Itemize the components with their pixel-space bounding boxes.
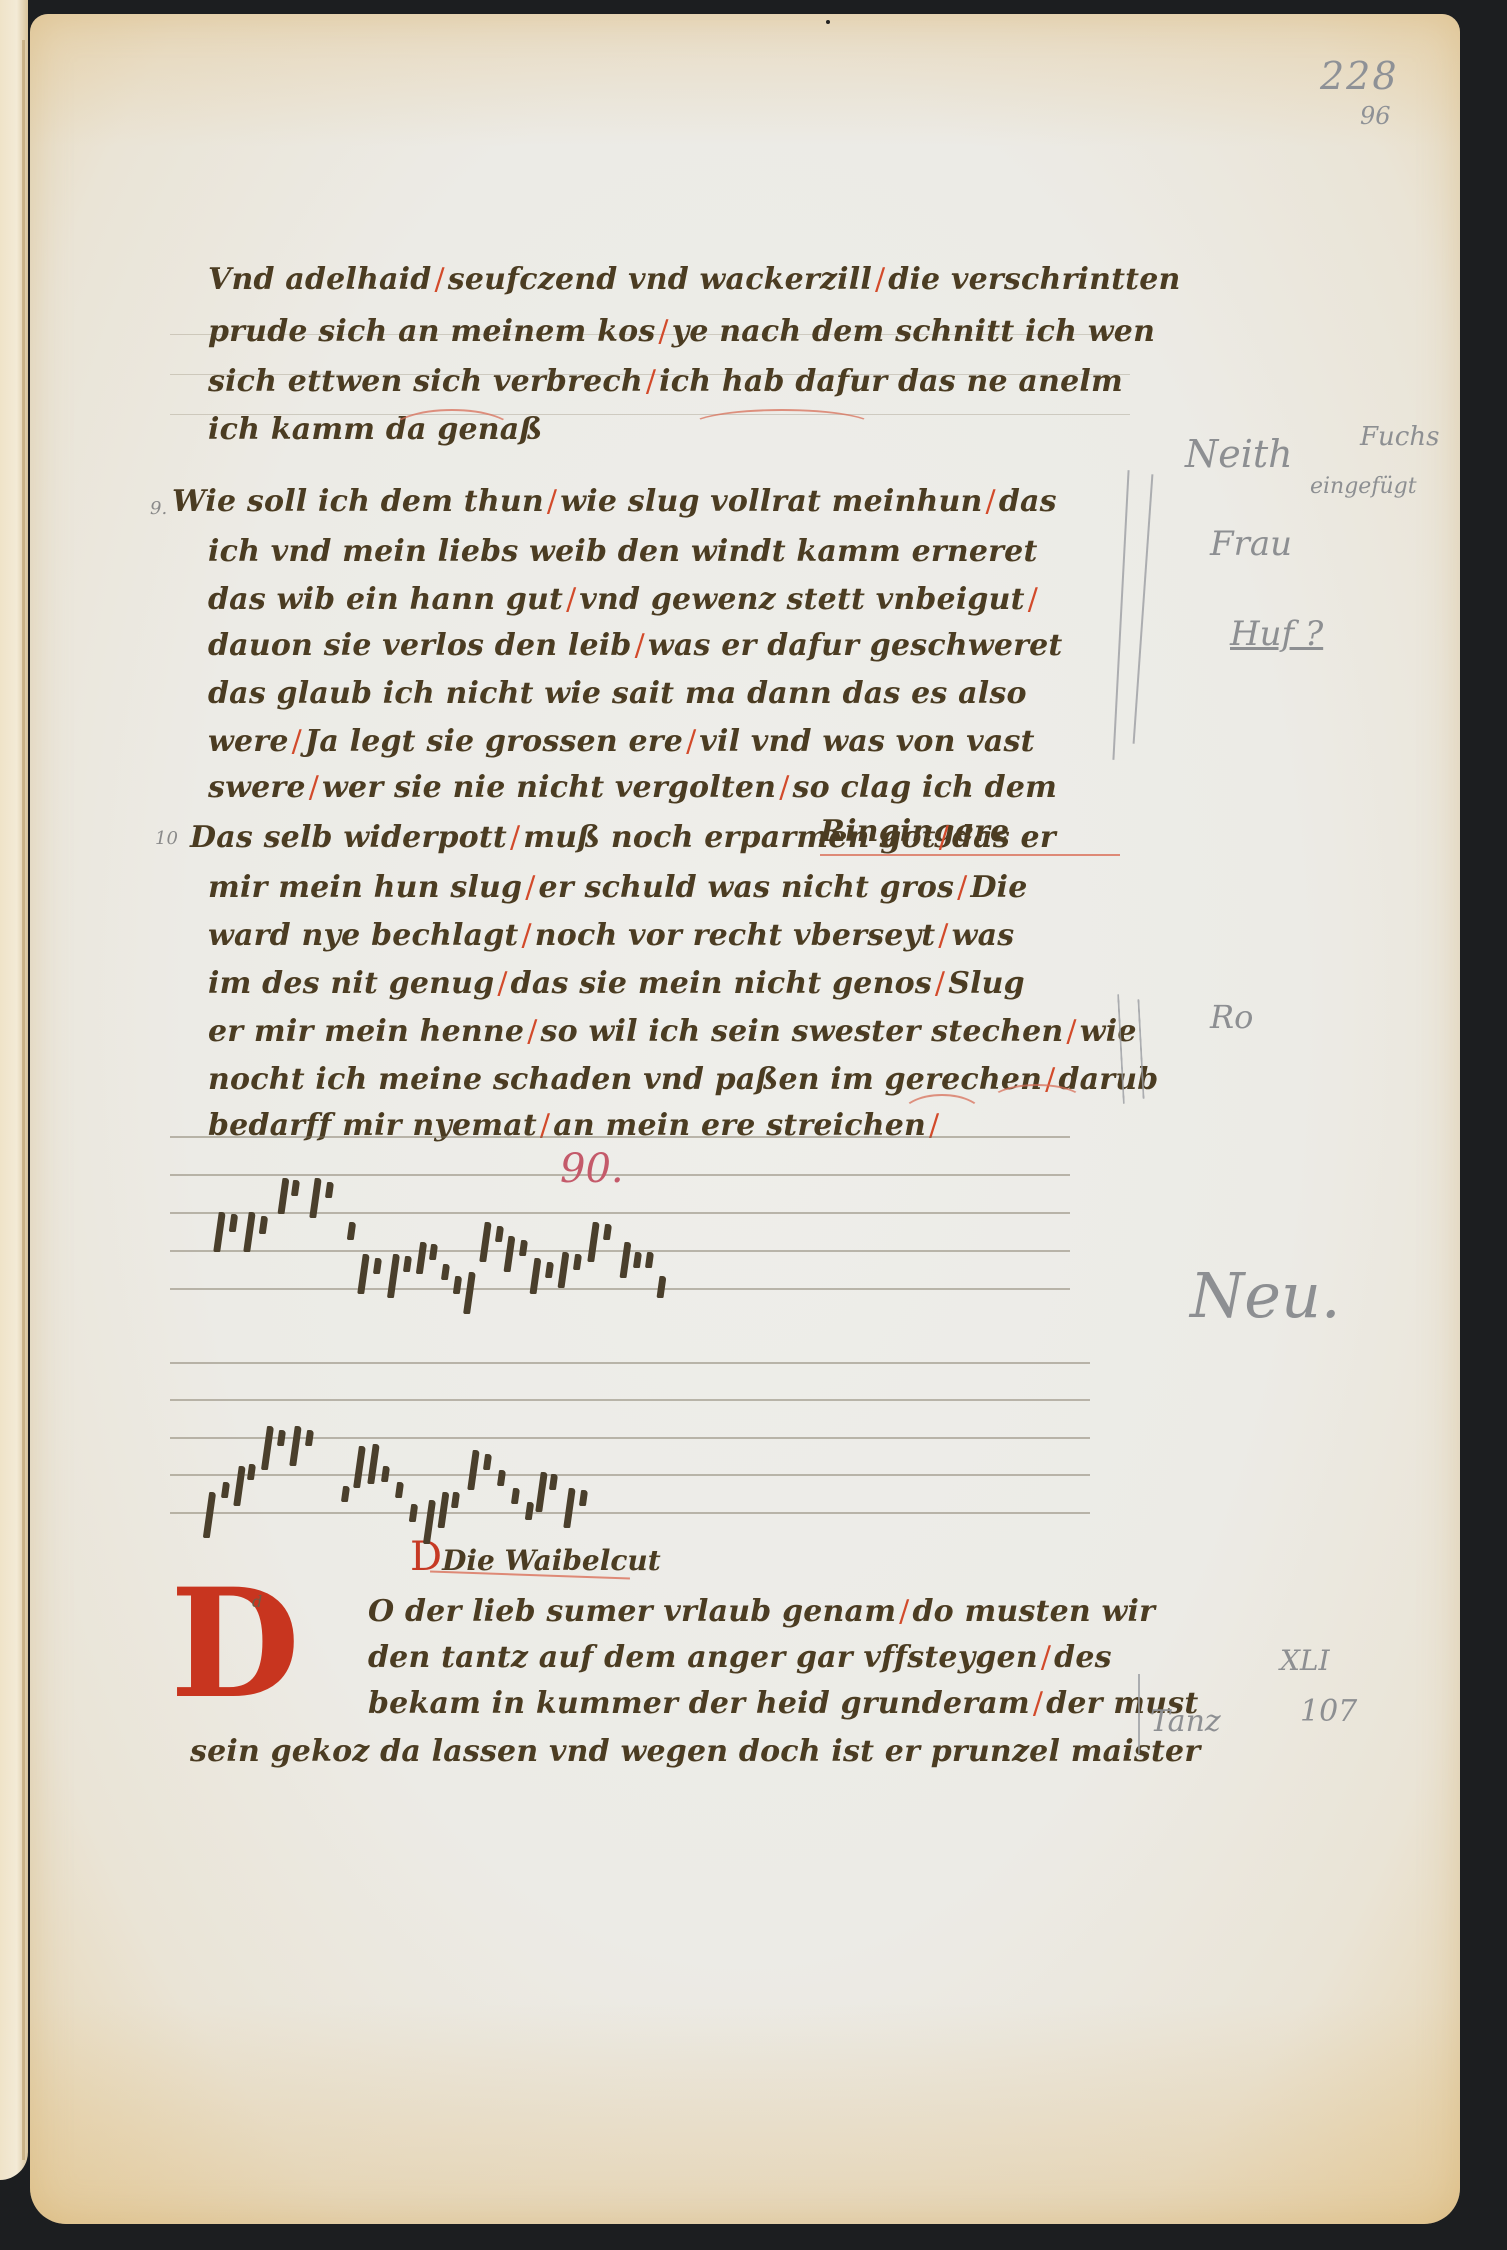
neume-icon — [261, 1426, 274, 1470]
neume-icon — [305, 1430, 314, 1446]
neume-icon — [387, 1254, 400, 1298]
melody-number: 90. — [560, 1146, 624, 1192]
pencil-note-ro: Ro — [1210, 998, 1253, 1036]
text-line: das glaub ich nicht wie sait ma dann das… — [208, 676, 1027, 711]
neume-icon — [545, 1262, 554, 1278]
neume-icon — [573, 1254, 582, 1270]
pencil-note-fuchs: Fuchs — [1360, 422, 1439, 452]
pencil-note-eingefuegt: eingefügt — [1310, 474, 1417, 499]
staff-line — [170, 1512, 1090, 1514]
ink-dot — [826, 20, 830, 24]
text-line: das wib ein hann gut/vnd gewenz stett vn… — [208, 582, 1041, 617]
neume-icon — [277, 1178, 289, 1214]
neume-icon — [291, 1180, 300, 1196]
verse-number-10: 10 — [155, 828, 178, 849]
text-line: dauon sie verlos den leib/was er dafur g… — [208, 628, 1063, 663]
staff-line — [170, 1362, 1090, 1364]
staff-line — [170, 1288, 1070, 1290]
staff-line — [170, 1250, 1070, 1252]
text-line: Wie soll ich dem thun/wie slug vollrat m… — [172, 484, 1057, 519]
text-line: den tantz auf dem anger gar vffsteygen/d… — [368, 1640, 1112, 1675]
neume-icon — [353, 1446, 366, 1488]
neume-icon — [479, 1222, 492, 1262]
text-line: Vnd adelhaid/seufczend vnd wackerzill/di… — [208, 262, 1181, 297]
neume-icon — [403, 1256, 412, 1272]
neume-icon — [213, 1212, 226, 1252]
old-folio-number: 96 — [1360, 102, 1391, 130]
neume-icon — [656, 1276, 666, 1298]
neume-icon — [409, 1504, 419, 1522]
neume-icon — [416, 1242, 427, 1274]
neume-icon — [525, 1502, 535, 1520]
pencil-note-tanz: Tanz — [1150, 1704, 1221, 1739]
red-flourish — [900, 1094, 984, 1138]
text-line: O der lieb sumer vrlaub genam/do musten … — [368, 1594, 1155, 1629]
pencil-bracket — [1112, 470, 1129, 760]
neume-icon — [451, 1492, 460, 1508]
neume-icon — [497, 1470, 506, 1486]
gutter-line — [22, 40, 25, 2160]
pencil-note-xli: XLI — [1280, 1644, 1330, 1677]
neume-icon — [603, 1224, 612, 1240]
neume-icon — [247, 1464, 256, 1480]
neume-icon — [341, 1486, 350, 1502]
neume-icon — [535, 1472, 548, 1512]
text-line: er mir mein henne/so wil ich sein sweste… — [208, 1014, 1137, 1049]
neume-icon — [395, 1482, 404, 1498]
neume-icon — [381, 1466, 390, 1482]
neume-icon — [203, 1492, 216, 1538]
text-line: ich vnd mein liebs weib den windt kamm e… — [208, 534, 1038, 569]
pencil-note-neith: Neith — [1185, 432, 1293, 476]
red-flourish — [990, 1084, 1084, 1118]
neume-icon — [347, 1222, 357, 1240]
neume-icon — [277, 1430, 286, 1446]
verse-number-9: 9. — [150, 498, 167, 519]
guide-letter: d — [252, 1592, 262, 1611]
neume-icon — [325, 1182, 334, 1198]
neume-icon — [453, 1276, 463, 1294]
text-line: sein gekoz da lassen vnd wegen doch ist … — [190, 1734, 1200, 1769]
neume-icon — [633, 1252, 642, 1268]
neume-icon — [511, 1488, 520, 1504]
staff-line — [170, 1136, 1070, 1138]
neume-icon — [229, 1214, 239, 1232]
red-flourish — [690, 409, 874, 443]
neume-icon — [467, 1450, 480, 1490]
neume-icon — [495, 1226, 504, 1242]
neume-icon — [619, 1242, 631, 1278]
pencil-bracket — [1133, 474, 1154, 743]
text-line: mir mein hun slug/er schuld was nicht gr… — [208, 870, 1028, 905]
red-flourish — [390, 409, 514, 453]
neume-icon — [367, 1444, 380, 1484]
neume-icon — [441, 1264, 450, 1280]
neume-icon — [243, 1212, 256, 1252]
neume-icon — [563, 1488, 576, 1528]
neume-icon — [483, 1454, 492, 1470]
text-line: bekam in kummer der heid grunderam/der m… — [368, 1686, 1198, 1721]
text-line: Das selb widerpott/muß noch erparmen got… — [190, 820, 1056, 855]
neume-icon — [259, 1216, 269, 1234]
staff-line — [170, 1399, 1090, 1401]
text-line: swere/wer sie nie nicht vergolten/so cla… — [208, 770, 1057, 805]
neume-icon — [579, 1490, 588, 1506]
pencil-note-107: 107 — [1300, 1694, 1357, 1729]
text-line: ward nye bechlagt/noch vor recht vbersey… — [208, 918, 1014, 953]
neume-icon — [289, 1426, 302, 1466]
neume-icon — [463, 1272, 476, 1314]
staff-line — [170, 1474, 1090, 1476]
neume-icon — [233, 1466, 246, 1506]
folio-number: 228 — [1320, 54, 1399, 98]
text-line: im des nit genug/das sie mein nicht geno… — [208, 966, 1025, 1001]
neume-icon — [221, 1482, 230, 1498]
neume-icon — [549, 1474, 558, 1490]
neume-icon — [437, 1492, 449, 1528]
manuscript-page: 228 96 Vnd adelhaid/seufczend vnd wacker… — [30, 14, 1460, 2224]
neume-icon — [519, 1240, 528, 1256]
neume-icon — [645, 1252, 654, 1268]
neume-icon — [587, 1222, 600, 1262]
text-line: prude sich an meinem kos/ye nach dem sch… — [208, 314, 1155, 349]
text-line: were/Ja legt sie grossen ere/vil vnd was… — [208, 724, 1035, 759]
neume-icon — [557, 1252, 569, 1288]
neume-icon — [373, 1258, 382, 1274]
pencil-note-neu: Neu. — [1190, 1259, 1341, 1332]
decorated-initial-d: D — [170, 1569, 300, 1719]
pencil-note-frau: Frau — [1210, 524, 1292, 564]
neume-icon — [503, 1236, 515, 1272]
text-line: sich ettwen sich verbrech/ich hab dafur … — [208, 364, 1123, 399]
pencil-bracket — [1138, 1674, 1140, 1754]
neume-icon — [429, 1244, 438, 1260]
pencil-note-huf: Huf ? — [1230, 614, 1323, 654]
staff-line — [170, 1212, 1070, 1214]
